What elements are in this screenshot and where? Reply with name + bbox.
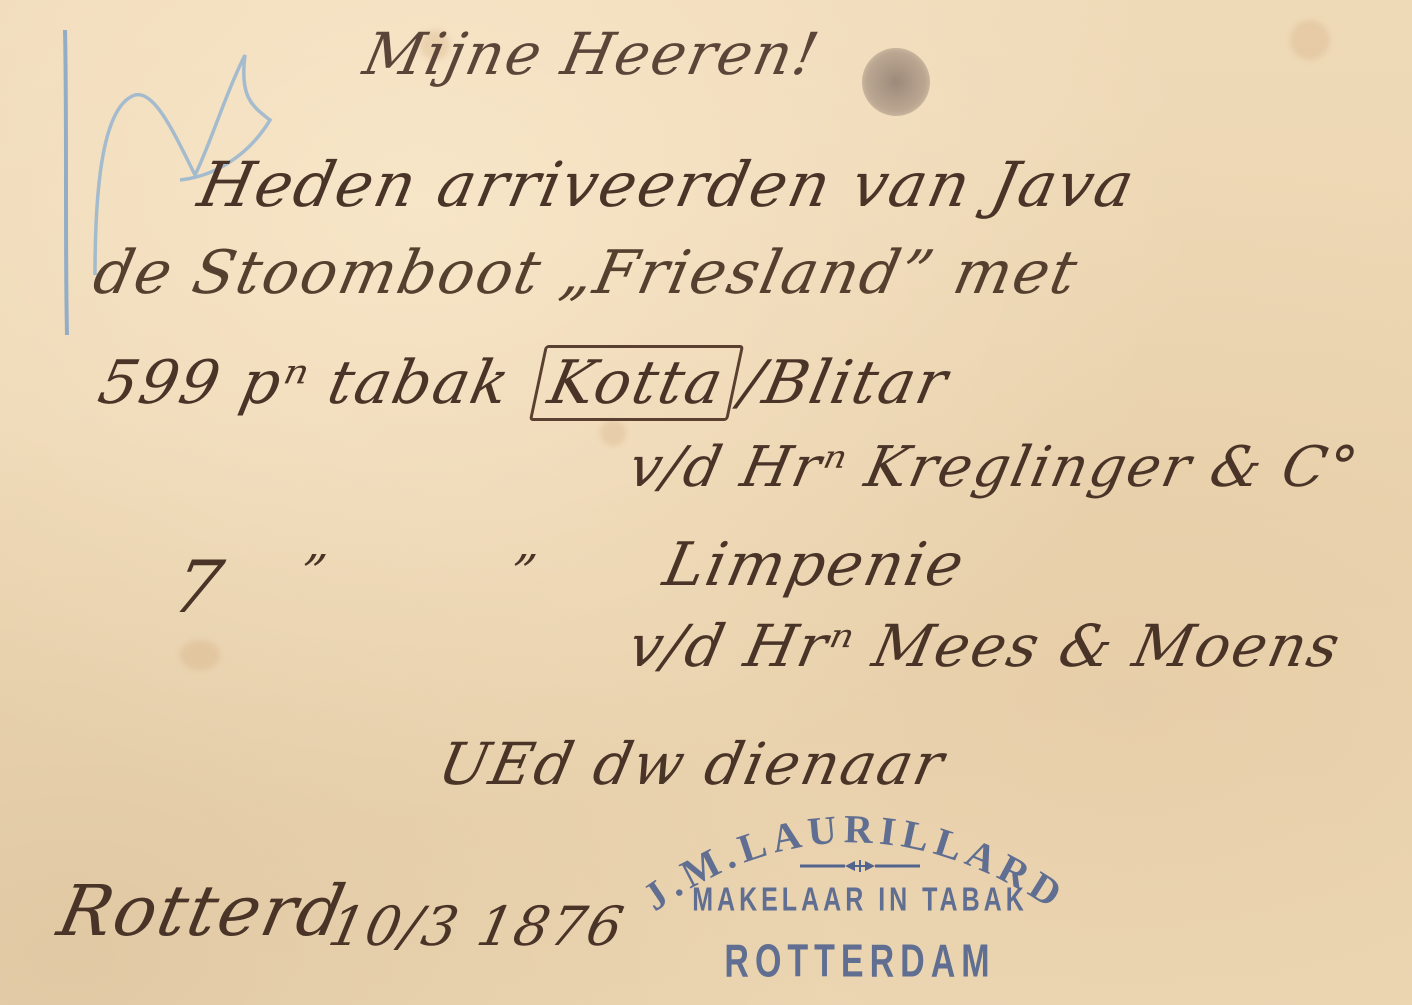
line5-count: 7 [166,545,232,629]
postcard-document: Mijne Heeren! Heden arriveerden van Java… [0,0,1412,1005]
body-line-6: v/d Hrⁿ Mees & Moens [623,612,1348,680]
line4-firm: Kreglinger & C° [859,435,1364,500]
ink-blot [862,48,930,116]
boxed-word-kotta: Kotta [529,345,744,421]
line3-unit: pⁿ [234,348,316,418]
place: Rotterd [51,870,353,952]
body-line-3: 599 pⁿ tabak Kotta/Blitar [92,345,956,421]
foxing-spot [1290,20,1330,60]
line6-prefix: v/d Hrⁿ [623,612,861,680]
stamp-city: ROTTERDAM [640,936,1080,989]
broker-stamp: J.M.LAURILLARD MAKELAAR IN TABAK ROTTERD… [640,810,1080,1000]
line3-count: 599 [93,348,228,418]
body-line-2: de Stoomboot „Friesland” met [88,238,1085,308]
foxing-spot [180,640,220,670]
ditto-mark: ” [294,545,332,601]
date: 10/3 1876 [323,895,630,958]
foxing-spot [600,420,626,446]
ditto-mark: ” [504,545,542,601]
body-line-1: Heden arriveerden van Java [192,148,1142,221]
stamp-ornament-icon [800,858,920,874]
closing: UEd dw dienaar [433,730,952,798]
stamp-subtitle: MAKELAAR IN TABAK [640,881,1080,920]
line5-estate: Limpenie [658,530,972,600]
line6-firm: Mees & Moens [867,612,1348,680]
line3-origin: Blitar [757,348,955,418]
line3-product: tabak [322,348,517,418]
salutation: Mijne Heeren! [358,20,826,88]
body-line-4: v/d Hrⁿ Kreglinger & C° [623,435,1365,500]
line4-prefix: v/d Hrⁿ [623,435,853,500]
